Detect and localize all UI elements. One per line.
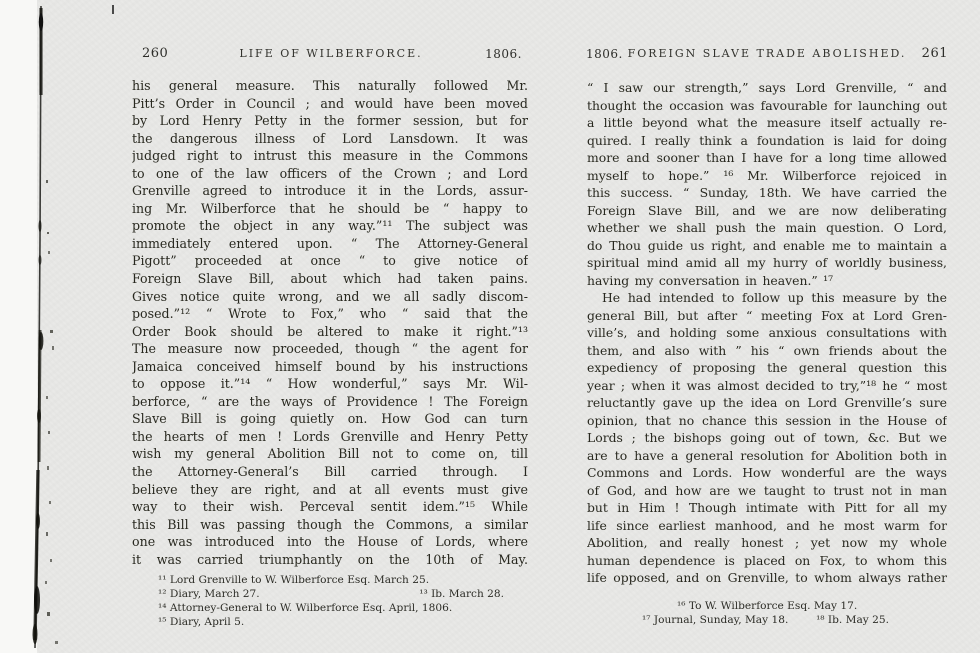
text-line: do Thou guide us right, and enable me to… (587, 237, 947, 255)
scanned-book-spread: { "scan": { "paper_color": "#e9e9e7", "e… (0, 0, 980, 653)
text-line: spiritual mind amid all my hurry of worl… (587, 254, 947, 272)
text-line: ville’s, and holding some anxious consul… (587, 324, 947, 342)
text-line: judged right to intrust this measure in … (132, 147, 528, 165)
left-header-year: 1806. (485, 47, 522, 61)
text-line: He had intended to follow up this measur… (587, 289, 947, 307)
text-line: Slave Bill is going quietly on. How God … (132, 410, 528, 428)
text-line: Abolition, and really honest ; yet now m… (587, 534, 947, 552)
text-line: but in Him ! Though intimate with Pitt f… (587, 499, 947, 517)
text-line: posed.”¹² “ Wrote to Fox,” who “ said th… (132, 305, 528, 323)
text-line: human dependence is placed on Fox, to wh… (587, 552, 947, 570)
text-line: believe they are right, and at all event… (132, 481, 528, 499)
text-line: Grenville agreed to introduce it in the … (132, 182, 528, 200)
text-line: Gives notice quite wrong, and we all sad… (132, 288, 528, 306)
text-line: immediately entered upon. “ The Attorney… (132, 235, 528, 253)
footnote-17: ¹⁷ Journal, Sunday, May 18. (642, 613, 788, 627)
text-line: of God, and how are we taught to trust n… (587, 482, 947, 500)
text-line: ing Mr. Wilberforce that he should be “ … (132, 200, 528, 218)
text-line: Order Book should be altered to make it … (132, 323, 528, 341)
text-line: it was carried triumphantly on the 10th … (132, 551, 528, 569)
text-line: Foreign Slave Bill, and we are now delib… (587, 202, 947, 220)
text-line: The measure now proceeded, though “ the … (132, 340, 528, 358)
right-page-footnotes: ¹⁶ To W. Wilberforce Esq. May 17. ¹⁷ Jou… (587, 599, 947, 627)
text-line: thought the occasion was favourable for … (587, 97, 947, 115)
left-running-title: LIFE OF WILBERFORCE. (130, 47, 532, 60)
footnote-15: ¹⁵ Diary, April 5. (132, 615, 532, 629)
footnote-17-18: ¹⁷ Journal, Sunday, May 18. ¹⁸ Ib. May 2… (587, 613, 947, 627)
text-line: to one of the law officers of the Crown … (132, 165, 528, 183)
text-line: myself to hope.” ¹⁶ Mr. Wilberforce rejo… (587, 167, 947, 185)
text-line: “ I saw our strength,” says Lord Grenvil… (587, 79, 947, 97)
text-line: this success. “ Sunday, 18th. We have ca… (587, 184, 947, 202)
text-line: general Bill, but after “ meeting Fox at… (587, 307, 947, 325)
text-line: to oppose it.”¹⁴ “ How wonderful,” says … (132, 375, 528, 393)
text-line: expediency of proposing the general ques… (587, 359, 947, 377)
left-page-footnotes: ¹¹ Lord Grenville to W. Wilberforce Esq.… (132, 573, 532, 629)
text-line: Commons and Lords. How wonderful are the… (587, 464, 947, 482)
text-line: his general measure. This naturally foll… (132, 77, 528, 95)
text-line: the dangerous illness of Lord Lansdown. … (132, 130, 528, 148)
footnote-12: ¹² Diary, March 27. (158, 587, 260, 601)
text-line: the hearts of men ! Lords Grenville and … (132, 428, 528, 446)
text-line: life since earliest manhood, and he most… (587, 517, 947, 535)
footnote-13: ¹³ Ib. March 28. (419, 587, 504, 601)
text-line: wish my general Abolition Bill not to co… (132, 445, 528, 463)
footnote-16: ¹⁶ To W. Wilberforce Esq. May 17. (587, 599, 947, 613)
text-line: the Attorney-General’s Bill carried thro… (132, 463, 528, 481)
text-line: way to their wish. Perceval sentit idem.… (132, 498, 528, 516)
footnote-14: ¹⁴ Attorney-General to W. Wilberforce Es… (132, 601, 532, 615)
right-page-header: 1806. FOREIGN SLAVE TRADE ABOLISHED. 261 (586, 46, 948, 62)
footnote-18: ¹⁸ Ib. May 25. (816, 613, 889, 627)
footnote-11: ¹¹ Lord Grenville to W. Wilberforce Esq.… (132, 573, 532, 587)
text-line: one was introduced into the House of Lor… (132, 533, 528, 551)
text-line: whether we shall push the main question.… (587, 219, 947, 237)
text-line: reluctantly gave up the idea on Lord Gre… (587, 394, 947, 412)
text-line: are to have a general resolution for Abo… (587, 447, 947, 465)
left-page-body: his general measure. This naturally foll… (132, 77, 528, 568)
text-line: opinion, that no chance this session in … (587, 412, 947, 430)
text-line: Pitt’s Order in Council ; and would have… (132, 95, 528, 113)
text-line: Pigott” proceeded at once “ to give noti… (132, 252, 528, 270)
text-line: berforce, “ are the ways of Providence !… (132, 393, 528, 411)
right-page-body: “ I saw our strength,” says Lord Grenvil… (587, 79, 947, 587)
text-line: by Lord Henry Petty in the former sessio… (132, 112, 528, 130)
footnote-12-13: ¹² Diary, March 27. ¹³ Ib. March 28. (132, 587, 504, 601)
text-line: Jamaica conceived himself bound by his i… (132, 358, 528, 376)
text-line: quired. I really think a foundation is l… (587, 132, 947, 150)
right-running-title: FOREIGN SLAVE TRADE ABOLISHED. (586, 47, 948, 60)
left-page-header: 260 LIFE OF WILBERFORCE. 1806. (130, 46, 532, 62)
text-line: having my conversation in heaven.” ¹⁷ (587, 272, 947, 290)
text-line: Lords ; the bishops going out of town, &… (587, 429, 947, 447)
text-line: life opposed, and on Grenville, to whom … (587, 569, 947, 587)
text-line: promote the object in any way.”¹¹ The su… (132, 217, 528, 235)
text-line: more and sooner than I have for a long t… (587, 149, 947, 167)
text-line: this Bill was passing though the Commons… (132, 516, 528, 534)
text-line: them, and also with ” his “ own friends … (587, 342, 947, 360)
text-line: Foreign Slave Bill, about which had take… (132, 270, 528, 288)
text-line: year ; when it was almost decided to try… (587, 377, 947, 395)
text-line: a little beyond what the measure itself … (587, 114, 947, 132)
right-page-number: 261 (922, 46, 948, 61)
